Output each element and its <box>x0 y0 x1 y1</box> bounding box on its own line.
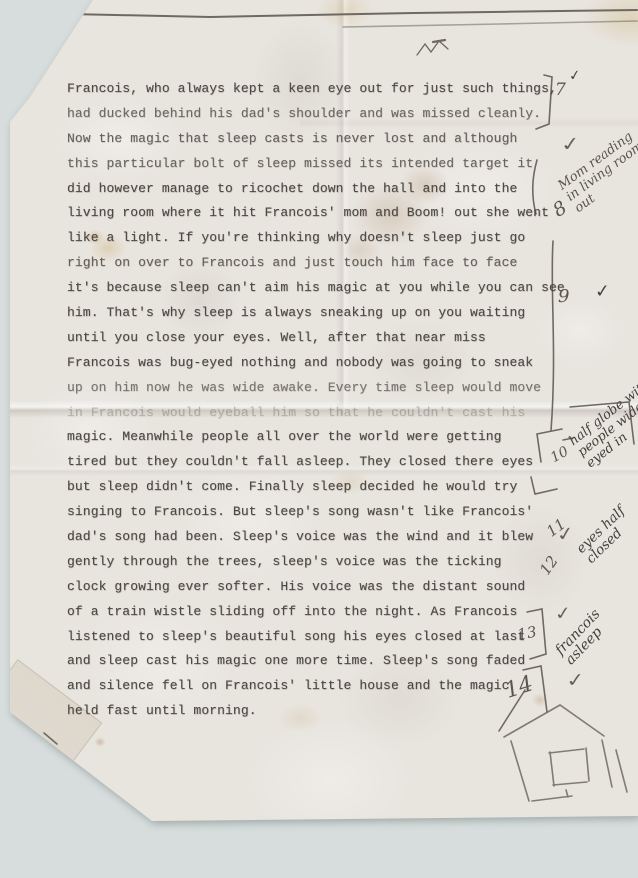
typed-line: right on over to Francois and just touch… <box>67 251 572 276</box>
typed-line: this particular bolt of sleep missed its… <box>67 152 572 177</box>
typed-line: of a train wistle sliding off into the n… <box>67 600 572 625</box>
margin-number-7: 7 <box>555 80 566 100</box>
typed-line: up on him now he was wide awake. Every t… <box>67 376 572 401</box>
typed-line: held fast until morning. <box>67 699 572 724</box>
typed-line: living room where it hit Francois' mom a… <box>67 201 572 226</box>
typed-line: and sleep cast his magic one more time. … <box>67 649 572 674</box>
typed-line: in Francois would eyeball him so that he… <box>67 401 572 426</box>
typed-line: tired but they couldn't fall asleep. The… <box>67 450 572 475</box>
typed-line: it's because sleep can't aim his magic a… <box>67 276 572 301</box>
margin-number-13: 13 <box>516 623 538 644</box>
scanned-document: Francois, who always kept a keen eye out… <box>0 0 638 878</box>
checkmark-icon: ✓ <box>555 522 577 546</box>
typed-line: singing to Francois. But sleep's song wa… <box>67 500 572 525</box>
checkmark-icon: ✓ <box>594 280 611 302</box>
checkmark-icon: ✓ <box>565 669 587 692</box>
typed-line: Now the magic that sleep casts is never … <box>67 127 572 152</box>
paper-sheet: Francois, who always kept a keen eye out… <box>0 0 638 878</box>
pencil-scribble <box>417 40 448 55</box>
typed-line: did however manage to ricochet down the … <box>67 177 572 202</box>
typed-line: him. That's why sleep is always sneaking… <box>67 301 572 326</box>
typed-line: but sleep didn't come. Finally sleep dec… <box>67 475 572 500</box>
margin-note-eyes: eyes half closed <box>574 496 638 566</box>
typed-line: and silence fell on Francois' little hou… <box>67 674 572 699</box>
typed-line: dad's song had been. Sleep's voice was t… <box>67 525 572 550</box>
checkmark-icon: ✓ <box>553 603 573 626</box>
typed-line: like a light. If you're thinking why doe… <box>67 226 572 251</box>
checkmark-icon: ✓ <box>568 67 582 84</box>
checkmark-icon: ✓ <box>559 132 582 156</box>
typed-line: gently through the trees, sleep's voice … <box>67 550 572 575</box>
margin-number-9: 9 <box>558 286 569 307</box>
typed-line: Francois, who always kept a keen eye out… <box>67 77 572 102</box>
typed-line: had ducked behind his dad's shoulder and… <box>67 102 572 127</box>
typed-line: until you close your eyes. Well, after t… <box>67 326 572 351</box>
typed-line: Francois was bug-eyed nothing and nobody… <box>67 351 572 376</box>
typed-line: magic. Meanwhile people all over the wor… <box>67 425 572 450</box>
typed-text-block: Francois, who always kept a keen eye out… <box>67 77 572 724</box>
margin-note-globe: half globe with people wide-eyed in <box>567 376 638 471</box>
typed-line: clock growing ever softer. His voice was… <box>67 575 572 600</box>
typed-line: listened to sleep's beautiful song his e… <box>67 625 572 650</box>
